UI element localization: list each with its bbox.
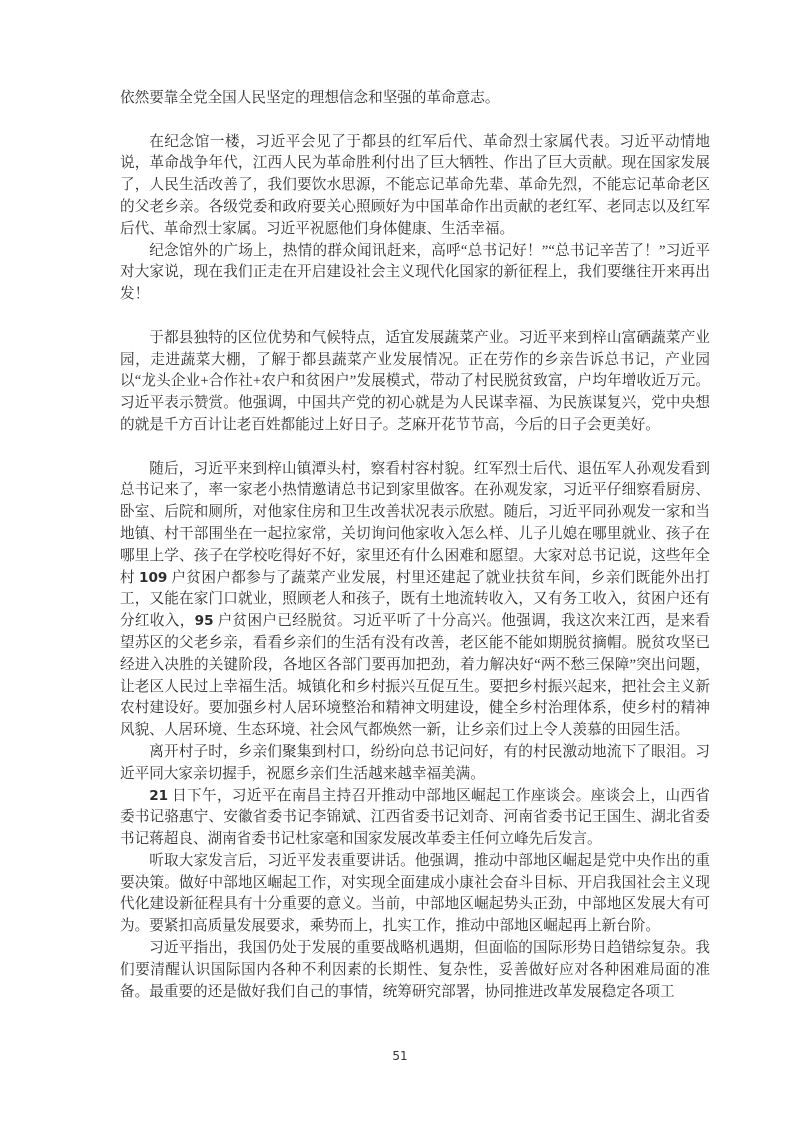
numeral: 95 [195, 613, 214, 629]
paragraph: 离开村子时，乡亲们聚集到村口，纷纷向总书记问好，有的村民激动地流下了眼泪。习近平… [120, 742, 710, 786]
numeral: 21 [149, 788, 168, 804]
paragraph: 依然要靠全党全国人民坚定的理想信念和坚强的革命意志。 [120, 88, 710, 110]
paragraph: 在纪念馆一楼，习近平会见了于都县的红军后代、革命烈士家属代表。习近平动情地说，革… [120, 132, 710, 241]
page-number: 51 [0, 1049, 800, 1063]
paragraph: 于都县独特的区位优势和气候特点，适宜发展蔬菜产业。习近平来到梓山富硒蔬菜产业园，… [120, 328, 710, 437]
paragraph: 随后，习近平来到梓山镇潭头村，察看村容村貌。红军烈士后代、退伍军人孙观发看到总书… [120, 459, 710, 742]
paragraph: 听取大家发言后，习近平发表重要讲话。他强调，推动中部地区崛起是党中央作出的重要决… [120, 851, 710, 938]
paragraph: 纪念馆外的广场上，热情的群众闻讯赶来，高呼“总书记好！”“总书记辛苦了！”习近平… [120, 241, 710, 306]
document-page: 依然要靠全党全国人民坚定的理想信念和坚强的革命意志。在纪念馆一楼，习近平会见了于… [0, 0, 800, 1133]
paragraph: 习近平指出，我国仍处于发展的重要战略机遇期，但面临的国际形势日趋错综复杂。我们要… [120, 938, 710, 1003]
paragraph: 21 日下午，习近平在南昌主持召开推动中部地区崛起工作座谈会。座谈会上，山西省委… [120, 786, 710, 851]
numeral: 109 [139, 570, 167, 586]
document-body: 依然要靠全党全国人民坚定的理想信念和坚强的革命意志。在纪念馆一楼，习近平会见了于… [120, 88, 710, 1003]
